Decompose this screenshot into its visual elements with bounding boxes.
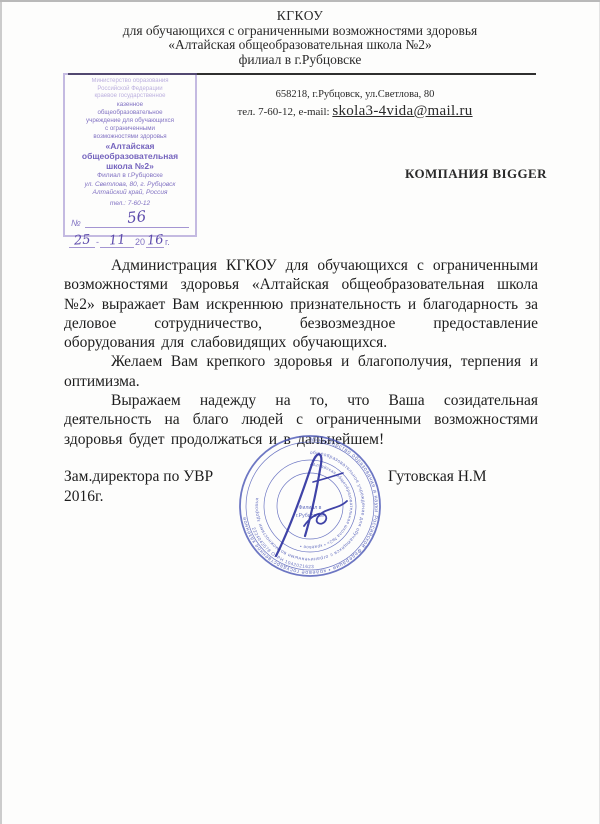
- stamp-line: с ограниченными: [65, 125, 195, 133]
- date-year-line: 16: [146, 235, 164, 248]
- stamp-branch: Филиал в г.Рубцовске: [65, 171, 195, 181]
- stamp-phone: тел.: 7-60-12: [65, 198, 195, 209]
- stamp-address-line: Алтайский край, Россия: [65, 189, 195, 198]
- paragraph-gratitude: Администрация КГКОУ для обучающихся с ог…: [64, 256, 538, 352]
- org-description: для обучающихся с ограниченными возможно…: [0, 24, 600, 39]
- scanned-letter-page: КГКОУ для обучающихся с ограниченными во…: [0, 0, 600, 824]
- recipient-name: КОМПАНИЯ BIGGER: [405, 166, 547, 182]
- signer-name: Гутовская Н.М: [388, 468, 487, 486]
- stamp-line: учреждение для обучающихся: [65, 117, 195, 125]
- org-branch: филиал в г.Рубцовске: [0, 53, 600, 68]
- stamp-line: казенное: [65, 101, 195, 109]
- signer-position: Зам.директора по УВР: [64, 468, 213, 486]
- stamp-address-line: ул. Светлова, 80, г. Рубцовск: [65, 181, 195, 190]
- paragraph-wishes: Желаем Вам крепкого здоровья и благополу…: [64, 352, 538, 391]
- date-dash: -: [96, 236, 99, 248]
- date-century: 20: [135, 236, 145, 248]
- stamp-number-row: № 56: [71, 211, 189, 228]
- letterhead: КГКОУ для обучающихся с ограниченными во…: [0, 9, 600, 67]
- letter-body: Администрация КГКОУ для обучающихся с ог…: [64, 256, 538, 449]
- postal-address: 658218, г.Рубцовск, ул.Светлова, 80: [205, 89, 505, 101]
- corner-stamp: Министерство образования Российской Феде…: [63, 73, 197, 237]
- contact-block: 658218, г.Рубцовск, ул.Светлова, 80 тел.…: [205, 89, 505, 122]
- stamp-line: общеобразовательное: [65, 109, 195, 117]
- email-address: skola3-4vida@mail.ru: [332, 103, 472, 119]
- stamp-school-title: школа №2»: [65, 161, 195, 171]
- date-suffix: г.: [165, 236, 170, 248]
- date-month-line: 11: [100, 235, 134, 248]
- handwritten-year: 16: [146, 234, 163, 247]
- stamp-line: возможностями здоровья: [65, 133, 195, 141]
- date-day-line: 25: [69, 235, 95, 248]
- phone-label: тел. 7-60-12, e-mail:: [237, 106, 332, 118]
- signature-year: 2016г.: [64, 488, 103, 506]
- handwritten-doc-number: 56: [127, 209, 147, 225]
- round-stamp: Министерство образования и науки Российс…: [234, 430, 386, 582]
- stamp-faint-line: Российской Федерации: [65, 86, 195, 94]
- round-stamp-center-line1: Филиал в: [299, 505, 322, 511]
- stamp-date-row: 25 - 11 20 16 г.: [69, 231, 191, 248]
- handwritten-month: 11: [108, 234, 125, 247]
- round-stamp-graphic: Министерство образования и науки Российс…: [234, 430, 386, 582]
- stamp-number-line: 56: [85, 209, 189, 228]
- stamp-school-title: общеобразовательная: [65, 151, 195, 161]
- phone-email-line: тел. 7-60-12, e-mail: skola3-4vida@mail.…: [205, 101, 505, 122]
- stamp-faint-line: краевое государственное: [65, 93, 195, 101]
- handwritten-day: 25: [73, 234, 90, 247]
- org-name: «Алтайская общеобразовательная школа №2»: [0, 38, 600, 53]
- org-abbreviation: КГКОУ: [0, 9, 600, 24]
- stamp-faint-line: Министерство образования: [65, 78, 195, 86]
- stamp-number-label: №: [71, 218, 81, 228]
- stamp-school-title: «Алтайская: [65, 141, 195, 151]
